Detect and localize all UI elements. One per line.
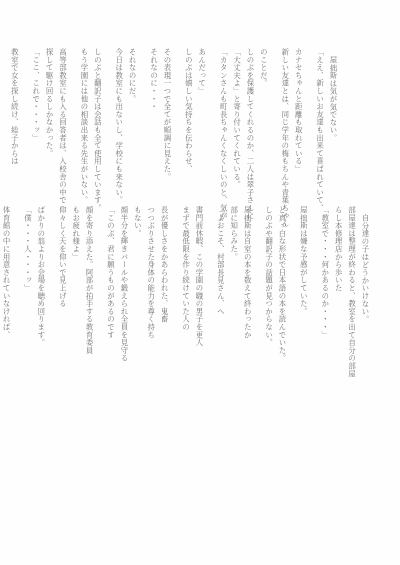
text-column: 顔半分を輝きバールや鍛えられ全員を見守る <box>118 206 131 516</box>
text-column: 「僕・・・人・・・ッ」 <box>21 206 34 516</box>
text-column: 長が優しさをかあらわれた、鬼畜 <box>158 206 171 516</box>
text-column: 体育館の中に用意されていなければ、 <box>0 206 13 516</box>
text-column: 部に知らみた。 <box>227 206 240 516</box>
text-column: 「教室で・・・何かあるのか・・・」 <box>318 206 331 516</box>
text-column: もお疲れ様よ」 <box>69 206 82 516</box>
text-column: 部屋達は整理が終わると、教室を出て自分の部屋 <box>345 206 358 516</box>
text-column: 自分達の子はどうかいけない。 <box>359 206 372 516</box>
text-column: ど真っ白な形状で日本語の本を読んでいた。 <box>276 206 289 516</box>
text-column: 屋拙斯は嫌な予感がしていた。 <box>297 206 310 516</box>
text-column: ばかりの翁よりお会場を聴め回ります。 <box>34 206 47 516</box>
text-column: つつぶりさせた身体の能力を尊く持ち <box>144 206 157 516</box>
text-column: 「このぶ、君に願うものがあるのです <box>104 206 117 516</box>
text-column: 屋拙斯は自室の本を数えて終わったか <box>241 206 254 516</box>
text-column: もない。 <box>131 206 144 516</box>
document-page: 屋拙斯は気が気でない。「ええ、新しいお友達も出来て喜ばれていて、カナセちゃんと距… <box>0 0 400 565</box>
text-column: らし本修理店から歩いた <box>332 206 345 516</box>
text-column: まずで最低限を作り続けていた人の <box>179 206 192 516</box>
text-column: 顔を寄り添えた。阿部が拍手する教育委員 <box>83 206 96 516</box>
text-column: しのぶや翻訳子の話題が見つからない。 <box>262 206 275 516</box>
text-column: 「よおこそ、村部長見さん、ヘ <box>214 206 227 516</box>
text-column: 仰々しく天を仰いで見上げる <box>56 206 69 516</box>
lower-text-block: 自分達の子はどうかいけない。部屋達は整理が終わると、教室を出て自分の部屋らし本修… <box>0 206 372 516</box>
text-column: 書門前休暇、この学園の職の男子を更人 <box>193 206 206 516</box>
